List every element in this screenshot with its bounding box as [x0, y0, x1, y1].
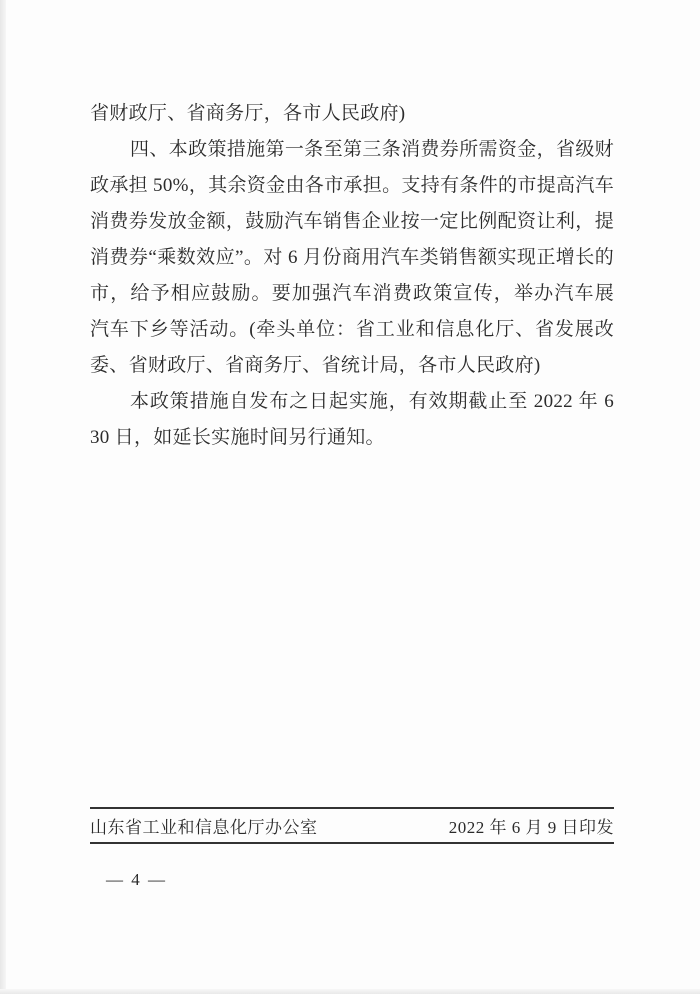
text-line: 政承担 50%，其余资金由各市承担。支持有条件的市提高汽车	[90, 168, 614, 204]
text-line: 省财政厅、省商务厅，各市人民政府)	[90, 96, 614, 132]
document-body: 省财政厅、省商务厅，各市人民政府)四、本政策措施第一条至第三条消费券所需资金，省…	[90, 96, 614, 456]
text-line: 四、本政策措施第一条至第三条消费券所需资金，省级财	[90, 132, 614, 168]
text-line: 消费券发放金额，鼓励汽车销售企业按一定比例配资让利，提高	[90, 204, 614, 240]
document-page: 省财政厅、省商务厅，各市人民政府)四、本政策措施第一条至第三条消费券所需资金，省…	[0, 0, 700, 994]
text-line: 30 日，如延长实施时间另行通知。	[90, 420, 614, 456]
text-line: 本政策措施自发布之日起实施，有效期截止至 2022 年 6 月	[90, 384, 614, 420]
scan-edge-left	[0, 0, 6, 994]
text-line: 市，给予相应鼓励。要加强汽车消费政策宣传，举办汽车展销、	[90, 276, 614, 312]
footer-block: 山东省工业和信息化厅办公室 2022 年 6 月 9 日印发	[90, 807, 614, 844]
text-line: 委、省财政厅、省商务厅、省统计局，各市人民政府)	[90, 348, 614, 384]
footer-print-date: 2022 年 6 月 9 日印发	[449, 813, 614, 838]
page-number: — 4 —	[106, 870, 167, 890]
text-line: 消费券“乘数效应”。对 6 月份商用汽车类销售额实现正增长的	[90, 240, 614, 276]
scan-edge-bottom	[0, 989, 700, 994]
footer-issuer: 山东省工业和信息化厅办公室	[90, 813, 318, 838]
text-line: 汽车下乡等活动。(牵头单位：省工业和信息化厅、省发展改革	[90, 312, 614, 348]
